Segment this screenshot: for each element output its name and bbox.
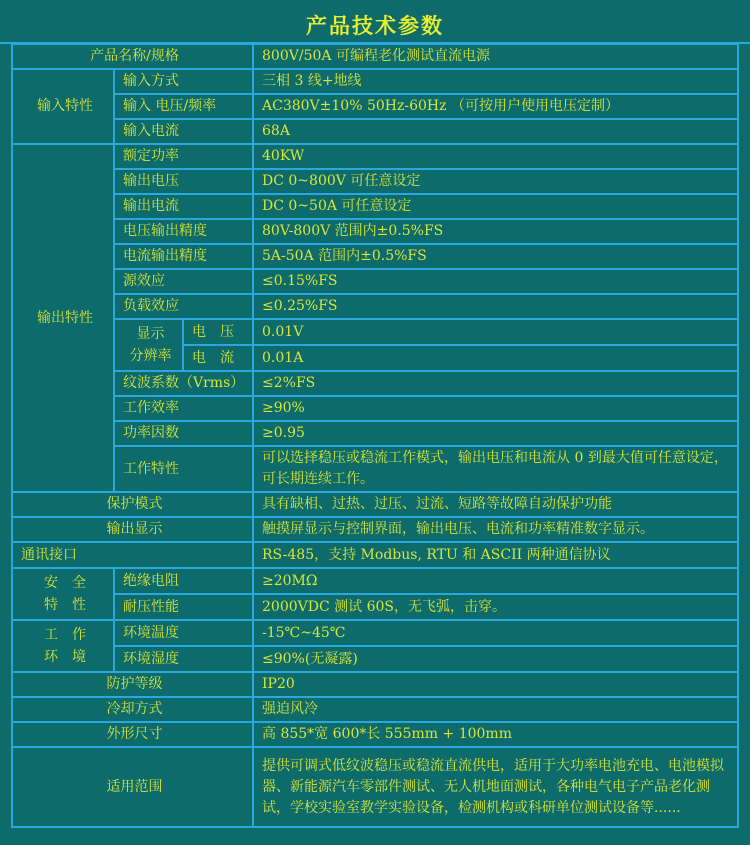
spec-label: 电流输出精度	[114, 244, 253, 269]
spec-value: ≤2%FS	[253, 371, 738, 396]
group-label-safety-line2: 特 性	[21, 594, 109, 616]
spec-label: 输入方式	[114, 69, 253, 94]
spec-label-merged: 通讯接口	[12, 542, 253, 568]
spec-row: 环境湿度 ≤90%(无凝露)	[12, 646, 738, 672]
spec-value: 2000VDC 测试 60S，无飞弧，击穿。	[253, 594, 738, 620]
group-label-input: 输入特性	[12, 69, 114, 144]
spec-label-merged: 输出显示	[12, 517, 253, 542]
spec-label: 输出电流	[114, 194, 253, 219]
spec-row: 工作特性 可以选择稳压或稳流工作模式，输出电压和电流从 0 到最大值可任意设定，…	[12, 446, 738, 492]
group-label-safety-line1: 安 全	[21, 572, 109, 594]
spec-row: 输入电流 68A	[12, 119, 738, 144]
spec-label: 功率因数	[114, 421, 253, 446]
spec-row: 产品名称/规格 800V/50A 可编程老化测试直流电源	[12, 44, 738, 69]
spec-label: 工作效率	[114, 396, 253, 421]
spec-value: ≥20MΩ	[253, 568, 738, 594]
spec-sublabel: 电 流	[183, 345, 253, 371]
spec-value: ≤0.25%FS	[253, 294, 738, 319]
spec-value: ≥0.95	[253, 421, 738, 446]
group-label-safety: 安 全 特 性	[12, 568, 114, 620]
spec-value: RS-485，支持 Modbus, RTU 和 ASCII 两种通信协议	[253, 542, 738, 568]
spec-row: 保护模式 具有缺相、过热、过压、过流、短路等故障自动保护功能	[12, 492, 738, 517]
spec-value: IP20	[253, 672, 738, 697]
spec-value: DC 0~50A 可任意设定	[253, 194, 738, 219]
spec-row: 显示 分辨率 电 压 0.01V	[12, 319, 738, 345]
spec-value: 提供可调式低纹波稳压或稳流直流供电，适用于大功率电池充电、电池模拟器、新能源汽车…	[253, 747, 738, 827]
spec-table: 产品名称/规格 800V/50A 可编程老化测试直流电源 输入特性 输入方式 三…	[11, 43, 739, 828]
spec-row: 通讯接口 RS-485，支持 Modbus, RTU 和 ASCII 两种通信协…	[12, 542, 738, 568]
page-title: 产品技术参数	[0, 10, 750, 40]
spec-row: 适用范围 提供可调式低纹波稳压或稳流直流供电，适用于大功率电池充电、电池模拟器、…	[12, 747, 738, 827]
spec-label: 环境温度	[114, 620, 253, 646]
spec-value: 80V-800V 范围内±0.5%FS	[253, 219, 738, 244]
spec-row: 输入特性 输入方式 三相 3 线+地线	[12, 69, 738, 94]
spec-value: 三相 3 线+地线	[253, 69, 738, 94]
spec-label: 绝缘电阻	[114, 568, 253, 594]
spec-value: 0.01V	[253, 319, 738, 345]
group-label-environment: 工 作 环 境	[12, 620, 114, 672]
spec-label: 输出电压	[114, 169, 253, 194]
label-display-resolution-line1: 显示	[123, 323, 178, 345]
spec-row: 电流输出精度 5A-50A 范围内±0.5%FS	[12, 244, 738, 269]
spec-row: 输入 电压/频率 AC380V±10% 50Hz-60Hz （可按用户使用电压定…	[12, 94, 738, 119]
spec-value: 具有缺相、过热、过压、过流、短路等故障自动保护功能	[253, 492, 738, 517]
spec-row: 源效应 ≤0.15%FS	[12, 269, 738, 294]
spec-row: 安 全 特 性 绝缘电阻 ≥20MΩ	[12, 568, 738, 594]
spec-label: 环境湿度	[114, 646, 253, 672]
spec-sublabel: 电 压	[183, 319, 253, 345]
spec-value: 68A	[253, 119, 738, 144]
spec-row: 外形尺寸 高 855*宽 600*长 555mm + 100mm	[12, 722, 738, 747]
spec-row: 输出显示 触摸屏显示与控制界面，输出电压、电流和功率精准数字显示。	[12, 517, 738, 542]
spec-label: 工作特性	[114, 446, 253, 492]
spec-row: 冷却方式 强迫风冷	[12, 697, 738, 722]
spec-value: DC 0~800V 可任意设定	[253, 169, 738, 194]
spec-value: 强迫风冷	[253, 697, 738, 722]
spec-value: AC380V±10% 50Hz-60Hz （可按用户使用电压定制）	[253, 94, 738, 119]
spec-label-product: 产品名称/规格	[12, 44, 253, 69]
spec-value: 触摸屏显示与控制界面，输出电压、电流和功率精准数字显示。	[253, 517, 738, 542]
spec-row: 工 作 环 境 环境温度 -15℃~45℃	[12, 620, 738, 646]
spec-value: 0.01A	[253, 345, 738, 371]
group-label-environment-line2: 环 境	[21, 646, 109, 668]
spec-row: 输出电压 DC 0~800V 可任意设定	[12, 169, 738, 194]
label-display-resolution-line2: 分辨率	[123, 345, 178, 367]
spec-value: 可以选择稳压或稳流工作模式，输出电压和电流从 0 到最大值可任意设定，可长期连续…	[253, 446, 738, 492]
spec-label-merged: 外形尺寸	[12, 722, 253, 747]
spec-row: 防护等级 IP20	[12, 672, 738, 697]
spec-label: 电压输出精度	[114, 219, 253, 244]
spec-label: 额定功率	[114, 144, 253, 169]
spec-label: 耐压性能	[114, 594, 253, 620]
spec-label: 输入电流	[114, 119, 253, 144]
spec-value: -15℃~45℃	[253, 620, 738, 646]
spec-row: 电压输出精度 80V-800V 范围内±0.5%FS	[12, 219, 738, 244]
spec-row: 输出电流 DC 0~50A 可任意设定	[12, 194, 738, 219]
spec-value: ≥90%	[253, 396, 738, 421]
spec-label: 输入 电压/频率	[114, 94, 253, 119]
spec-value: ≤0.15%FS	[253, 269, 738, 294]
spec-value: 40KW	[253, 144, 738, 169]
spec-value: 高 855*宽 600*长 555mm + 100mm	[253, 722, 738, 747]
spec-row: 负载效应 ≤0.25%FS	[12, 294, 738, 319]
spec-label-merged: 保护模式	[12, 492, 253, 517]
group-label-output: 输出特性	[12, 144, 114, 492]
spec-row: 耐压性能 2000VDC 测试 60S，无飞弧，击穿。	[12, 594, 738, 620]
label-display-resolution: 显示 分辨率	[114, 319, 183, 371]
spec-label: 纹波系数（Vrms）	[114, 371, 253, 396]
spec-value: ≤90%(无凝露)	[253, 646, 738, 672]
spec-row: 功率因数 ≥0.95	[12, 421, 738, 446]
spec-label: 负载效应	[114, 294, 253, 319]
spec-label: 源效应	[114, 269, 253, 294]
spec-value: 5A-50A 范围内±0.5%FS	[253, 244, 738, 269]
spec-row: 纹波系数（Vrms） ≤2%FS	[12, 371, 738, 396]
spec-value-product: 800V/50A 可编程老化测试直流电源	[253, 44, 738, 69]
spec-row: 工作效率 ≥90%	[12, 396, 738, 421]
group-label-environment-line1: 工 作	[21, 624, 109, 646]
spec-label-merged: 冷却方式	[12, 697, 253, 722]
spec-label-merged: 适用范围	[12, 747, 253, 827]
spec-row: 输出特性 额定功率 40KW	[12, 144, 738, 169]
spec-label-merged: 防护等级	[12, 672, 253, 697]
